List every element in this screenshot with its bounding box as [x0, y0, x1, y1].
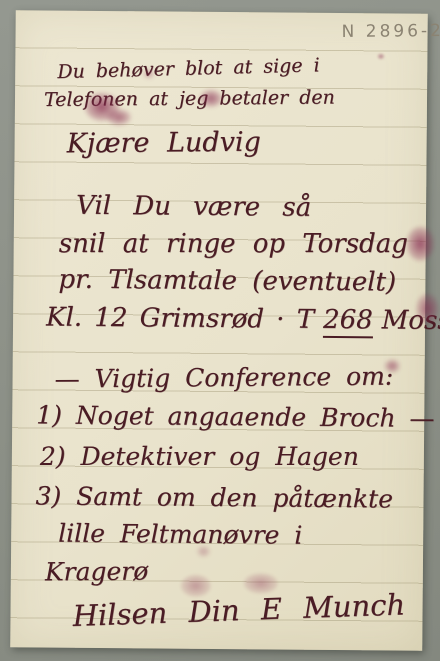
phone-number-underlined: 268 — [323, 305, 373, 338]
ink-stain — [407, 227, 434, 261]
ink-stain — [107, 109, 131, 125]
body-line-3: pr. Tlsamtale (eventuelt) — [58, 265, 396, 298]
agenda-heading: — Vigtig Conference om: — [54, 362, 393, 394]
body-line-2: snil at ringe op Torsdag — [59, 229, 408, 259]
ink-stain — [416, 294, 438, 324]
letter-paper: N 2896-2 Du behøver blot at sige i Telef… — [10, 10, 428, 651]
body-line-1: Vil Du være så — [76, 191, 311, 223]
signature: Hilsen Din E Munch — [72, 587, 406, 633]
ink-stain — [200, 90, 222, 107]
ink-stain — [197, 546, 210, 557]
agenda-item-3-continued: lille Feltmanøvre i — [58, 519, 302, 550]
ink-stain — [385, 359, 400, 372]
salutation: Kjære Ludvig — [67, 127, 261, 160]
ink-stain — [181, 575, 211, 597]
ink-stain — [244, 573, 278, 593]
time-line-pre: Kl. 12 Grimsrød · T — [46, 302, 314, 334]
agenda-item-2: 2) Detektiver og Hagen — [40, 442, 359, 471]
agenda-item-1: 1) Noget angaaende Broch — — [36, 400, 434, 432]
ink-stain — [143, 69, 154, 78]
agenda-item-3: 3) Samt om den påtænkte — [35, 481, 393, 513]
note-line-1: Du behøver blot at sige i — [57, 54, 320, 83]
archive-number: N 2896-2 — [342, 21, 440, 42]
time-and-phone-line: Kl. 12 Grimsrød · T268Moss — [46, 302, 440, 336]
agenda-item-3-place: Kragerø — [45, 556, 149, 586]
ink-stain — [377, 53, 384, 59]
